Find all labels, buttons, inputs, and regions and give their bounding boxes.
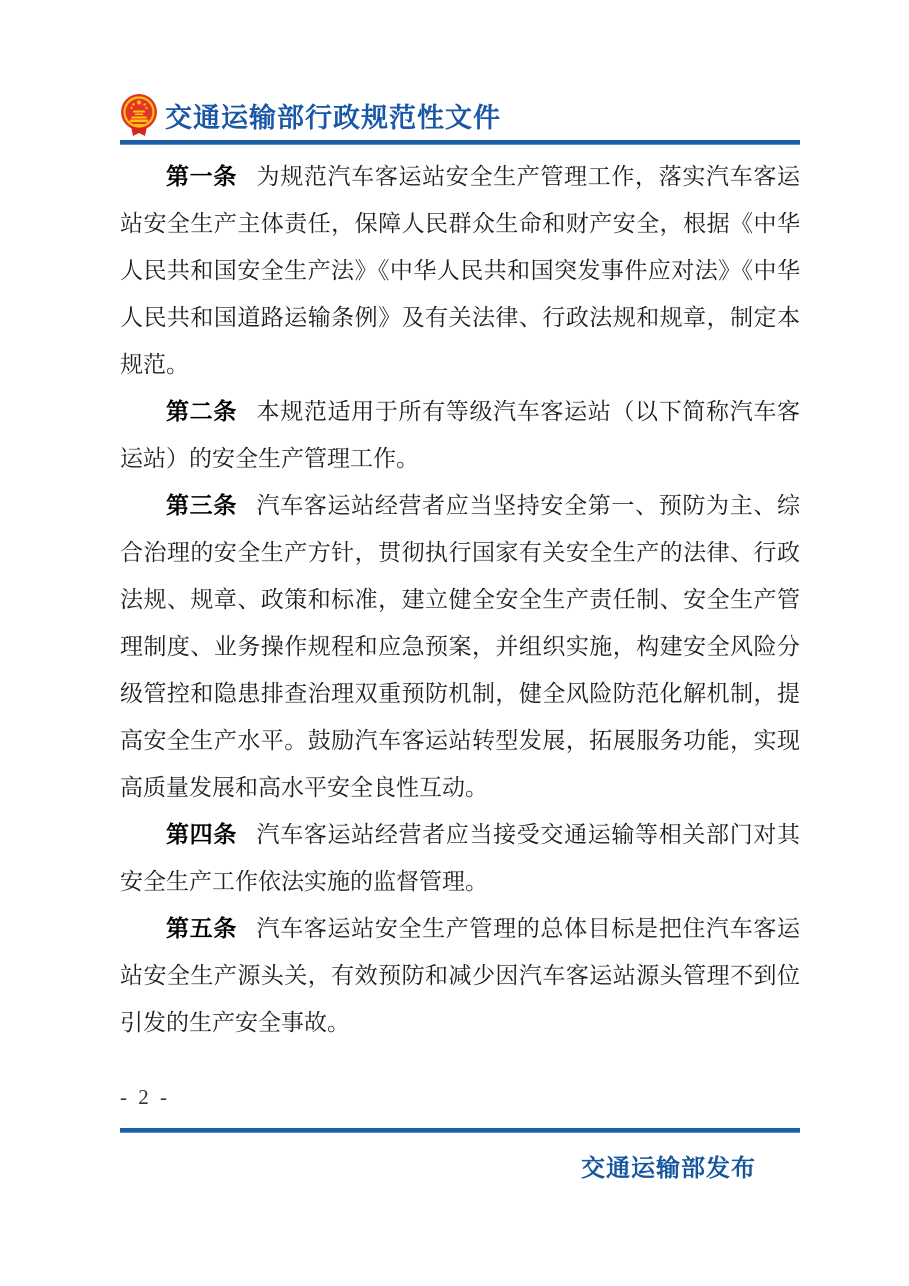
- national-emblem-icon: [120, 93, 158, 137]
- article-number: 第二条: [166, 398, 237, 424]
- article-paragraph-5: 第五条汽车客运站安全生产管理的总体目标是把住汽车客运站安全生产源头关，有效预防和…: [120, 905, 800, 1046]
- article-paragraph-3: 第三条汽车客运站经营者应当坚持安全第一、预防为主、综合治理的安全生产方针，贯彻执…: [120, 482, 800, 811]
- header-title: 交通运输部行政规范性文件: [165, 96, 501, 135]
- article-paragraph-4: 第四条汽车客运站经营者应当接受交通运输等相关部门对其安全生产工作依法实施的监督管…: [120, 811, 800, 905]
- page-number: - 2 -: [120, 1085, 170, 1110]
- document-body: 第一条为规范汽车客运站安全生产管理工作，落实汽车客运站安全生产主体责任，保障人民…: [120, 153, 800, 1046]
- header-divider: [120, 140, 800, 145]
- article-paragraph-2: 第二条本规范适用于所有等级汽车客运站（以下简称汽车客运站）的安全生产管理工作。: [120, 388, 800, 482]
- article-text: 汽车客运站经营者应当坚持安全第一、预防为主、综合治理的安全生产方针，贯彻执行国家…: [120, 493, 800, 800]
- footer-divider: [120, 1128, 800, 1133]
- article-number: 第四条: [166, 821, 237, 847]
- document-header: 交通运输部行政规范性文件: [120, 92, 800, 138]
- document-page: 交通运输部行政规范性文件 第一条为规范汽车客运站安全生产管理工作，落实汽车客运站…: [0, 0, 909, 1286]
- article-paragraph-1: 第一条为规范汽车客运站安全生产管理工作，落实汽车客运站安全生产主体责任，保障人民…: [120, 153, 800, 388]
- article-number: 第五条: [166, 915, 237, 941]
- publisher-label: 交通运输部发布: [120, 1148, 800, 1183]
- article-number: 第一条: [166, 163, 237, 189]
- article-number: 第三条: [166, 492, 237, 518]
- article-text: 为规范汽车客运站安全生产管理工作，落实汽车客运站安全生产主体责任，保障人民群众生…: [120, 164, 800, 377]
